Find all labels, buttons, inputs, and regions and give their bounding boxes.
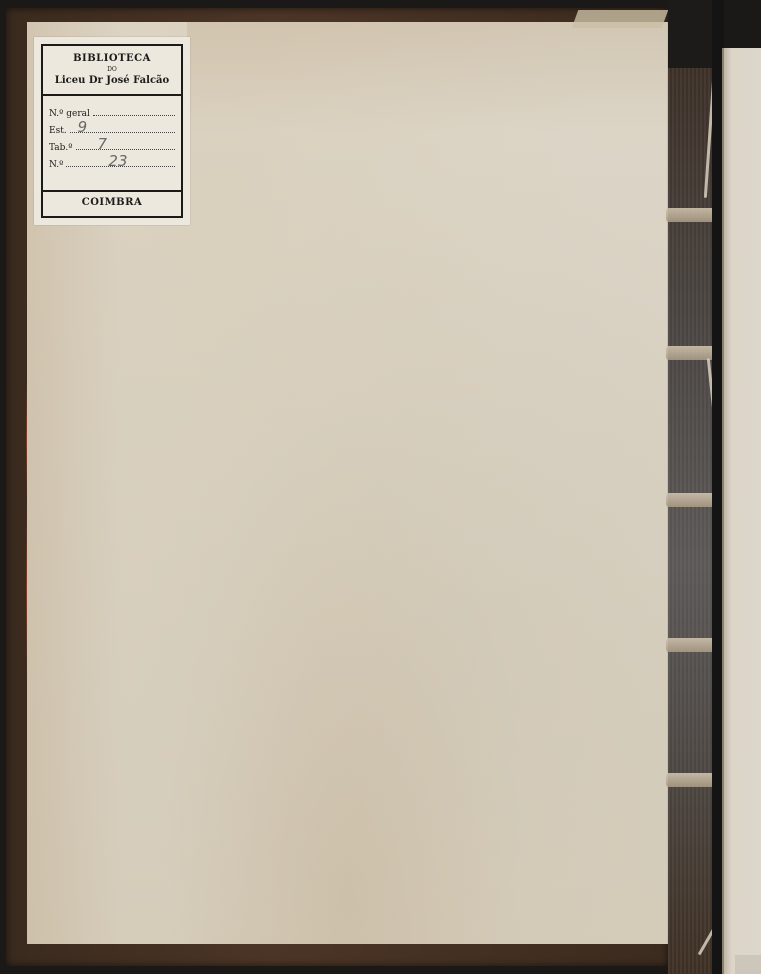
label-do: DO [43, 65, 181, 74]
first-leaf-edge [722, 48, 761, 974]
label-title: BIBLIOTECA [43, 52, 181, 65]
field-estante: Est. 9 [49, 119, 175, 136]
handwritten-est: 9 [78, 118, 88, 136]
label-fields: N.º geral Est. 9 Tab.º 7 N.º 23 [43, 96, 181, 190]
label-institution: Liceu Dr José Falcão [43, 74, 181, 87]
handwritten-num: 23 [108, 152, 127, 170]
paper-tear [572, 10, 669, 28]
background-gap [668, 0, 718, 70]
field-numero-geral: N.º geral [49, 102, 175, 119]
handwritten-tab: 7 [98, 135, 108, 153]
label-header: BIBLIOTECA DO Liceu Dr José Falcão [43, 46, 181, 96]
leaf-corner [735, 955, 761, 974]
label-frame: BIBLIOTECA DO Liceu Dr José Falcão N.º g… [41, 44, 183, 218]
paper-discoloration [187, 22, 667, 132]
library-label: BIBLIOTECA DO Liceu Dr José Falcão N.º g… [34, 37, 190, 225]
book-scan: BIBLIOTECA DO Liceu Dr José Falcão N.º g… [0, 0, 761, 974]
label-city: COIMBRA [43, 190, 181, 216]
field-numero: N.º 23 [49, 153, 175, 170]
field-tabela: Tab.º 7 [49, 136, 175, 153]
